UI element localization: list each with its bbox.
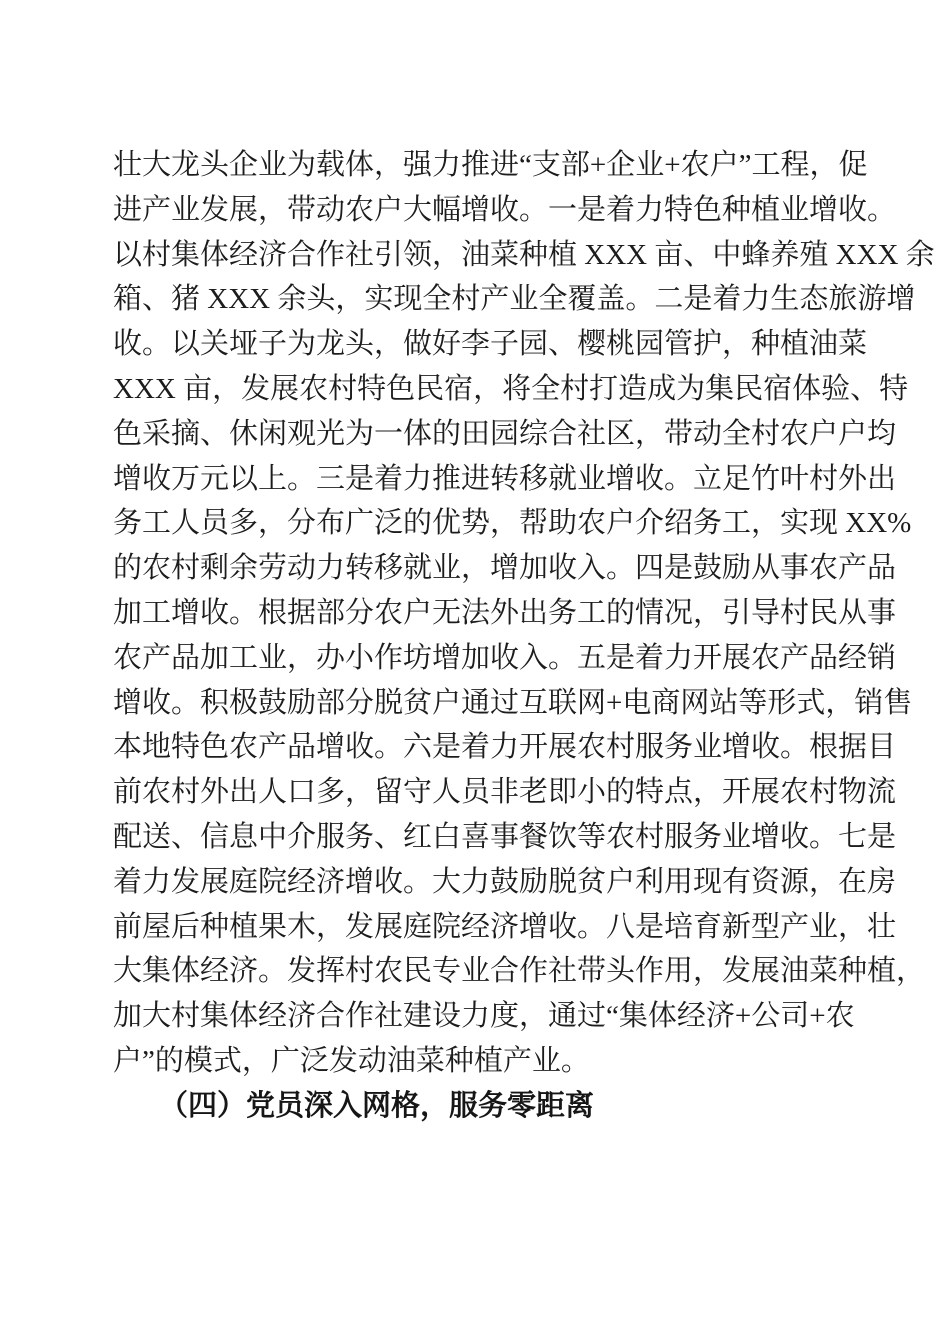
body-text-line: 进产业发展，带动农户大幅增收。一是着力特色种植业增收。 xyxy=(113,188,839,233)
body-text-line: 增收。积极鼓励部分脱贫户通过互联网+电商网站等形式，销售 xyxy=(113,681,839,726)
section-heading: （四）党员深入网格，服务零距离 xyxy=(113,1084,839,1129)
body-text-line: 色采摘、休闲观光为一体的田园综合社区，带动全村农户户均 xyxy=(113,412,839,457)
body-text-line: 加工增收。根据部分农户无法外出务工的情况，引导村民从事 xyxy=(113,591,839,636)
body-text-line: 前农村外出人口多，留守人员非老即小的特点，开展农村物流 xyxy=(113,770,839,815)
body-text-line: 增收万元以上。三是着力推进转移就业增收。立足竹叶村外出 xyxy=(113,457,839,502)
body-text-line: 箱、猪 XXX 余头，实现全村产业全覆盖。二是着力生态旅游增 xyxy=(113,277,839,322)
body-text-line: 壮大龙头企业为载体，强力推进“支部+企业+农户”工程，促 xyxy=(113,143,839,188)
body-text-line: 前屋后种植果木，发展庭院经济增收。八是培育新型产业，壮 xyxy=(113,905,839,950)
body-text-line: 收。以关垭子为龙头，做好李子园、樱桃园管护，种植油菜 xyxy=(113,322,839,367)
body-text-line: 的农村剩余劳动力转移就业，增加收入。四是鼓励从事农产品 xyxy=(113,546,839,591)
body-text-line: 户”的模式，广泛发动油菜种植产业。 xyxy=(113,1039,839,1084)
text-block: 壮大龙头企业为载体，强力推进“支部+企业+农户”工程，促进产业发展，带动农户大幅… xyxy=(113,143,839,1129)
body-text-line: 配送、信息中介服务、红白喜事餐饮等农村服务业增收。七是 xyxy=(113,815,839,860)
body-text-line: 着力发展庭院经济增收。大力鼓励脱贫户利用现有资源，在房 xyxy=(113,860,839,905)
body-paragraph: 壮大龙头企业为载体，强力推进“支部+企业+农户”工程，促进产业发展，带动农户大幅… xyxy=(113,143,839,1084)
body-text-line: 以村集体经济合作社引领，油菜种植 XXX 亩、中蜂养殖 XXX 余 xyxy=(113,233,839,278)
body-text-line: 务工人员多，分布广泛的优势，帮助农户介绍务工，实现 XX% xyxy=(113,501,839,546)
body-text-line: 农产品加工业，办小作坊增加收入。五是着力开展农产品经销 xyxy=(113,636,839,681)
body-text-line: 加大村集体经济合作社建设力度，通过“集体经济+公司+农 xyxy=(113,994,839,1039)
document-page: 壮大龙头企业为载体，强力推进“支部+企业+农户”工程，促进产业发展，带动农户大幅… xyxy=(0,0,950,1344)
body-text-line: 本地特色农产品增收。六是着力开展农村服务业增收。根据目 xyxy=(113,725,839,770)
body-text-line: XXX 亩，发展农村特色民宿，将全村打造成为集民宿体验、特 xyxy=(113,367,839,412)
body-text-line: 大集体经济。发挥村农民专业合作社带头作用，发展油菜种植， xyxy=(113,949,839,994)
